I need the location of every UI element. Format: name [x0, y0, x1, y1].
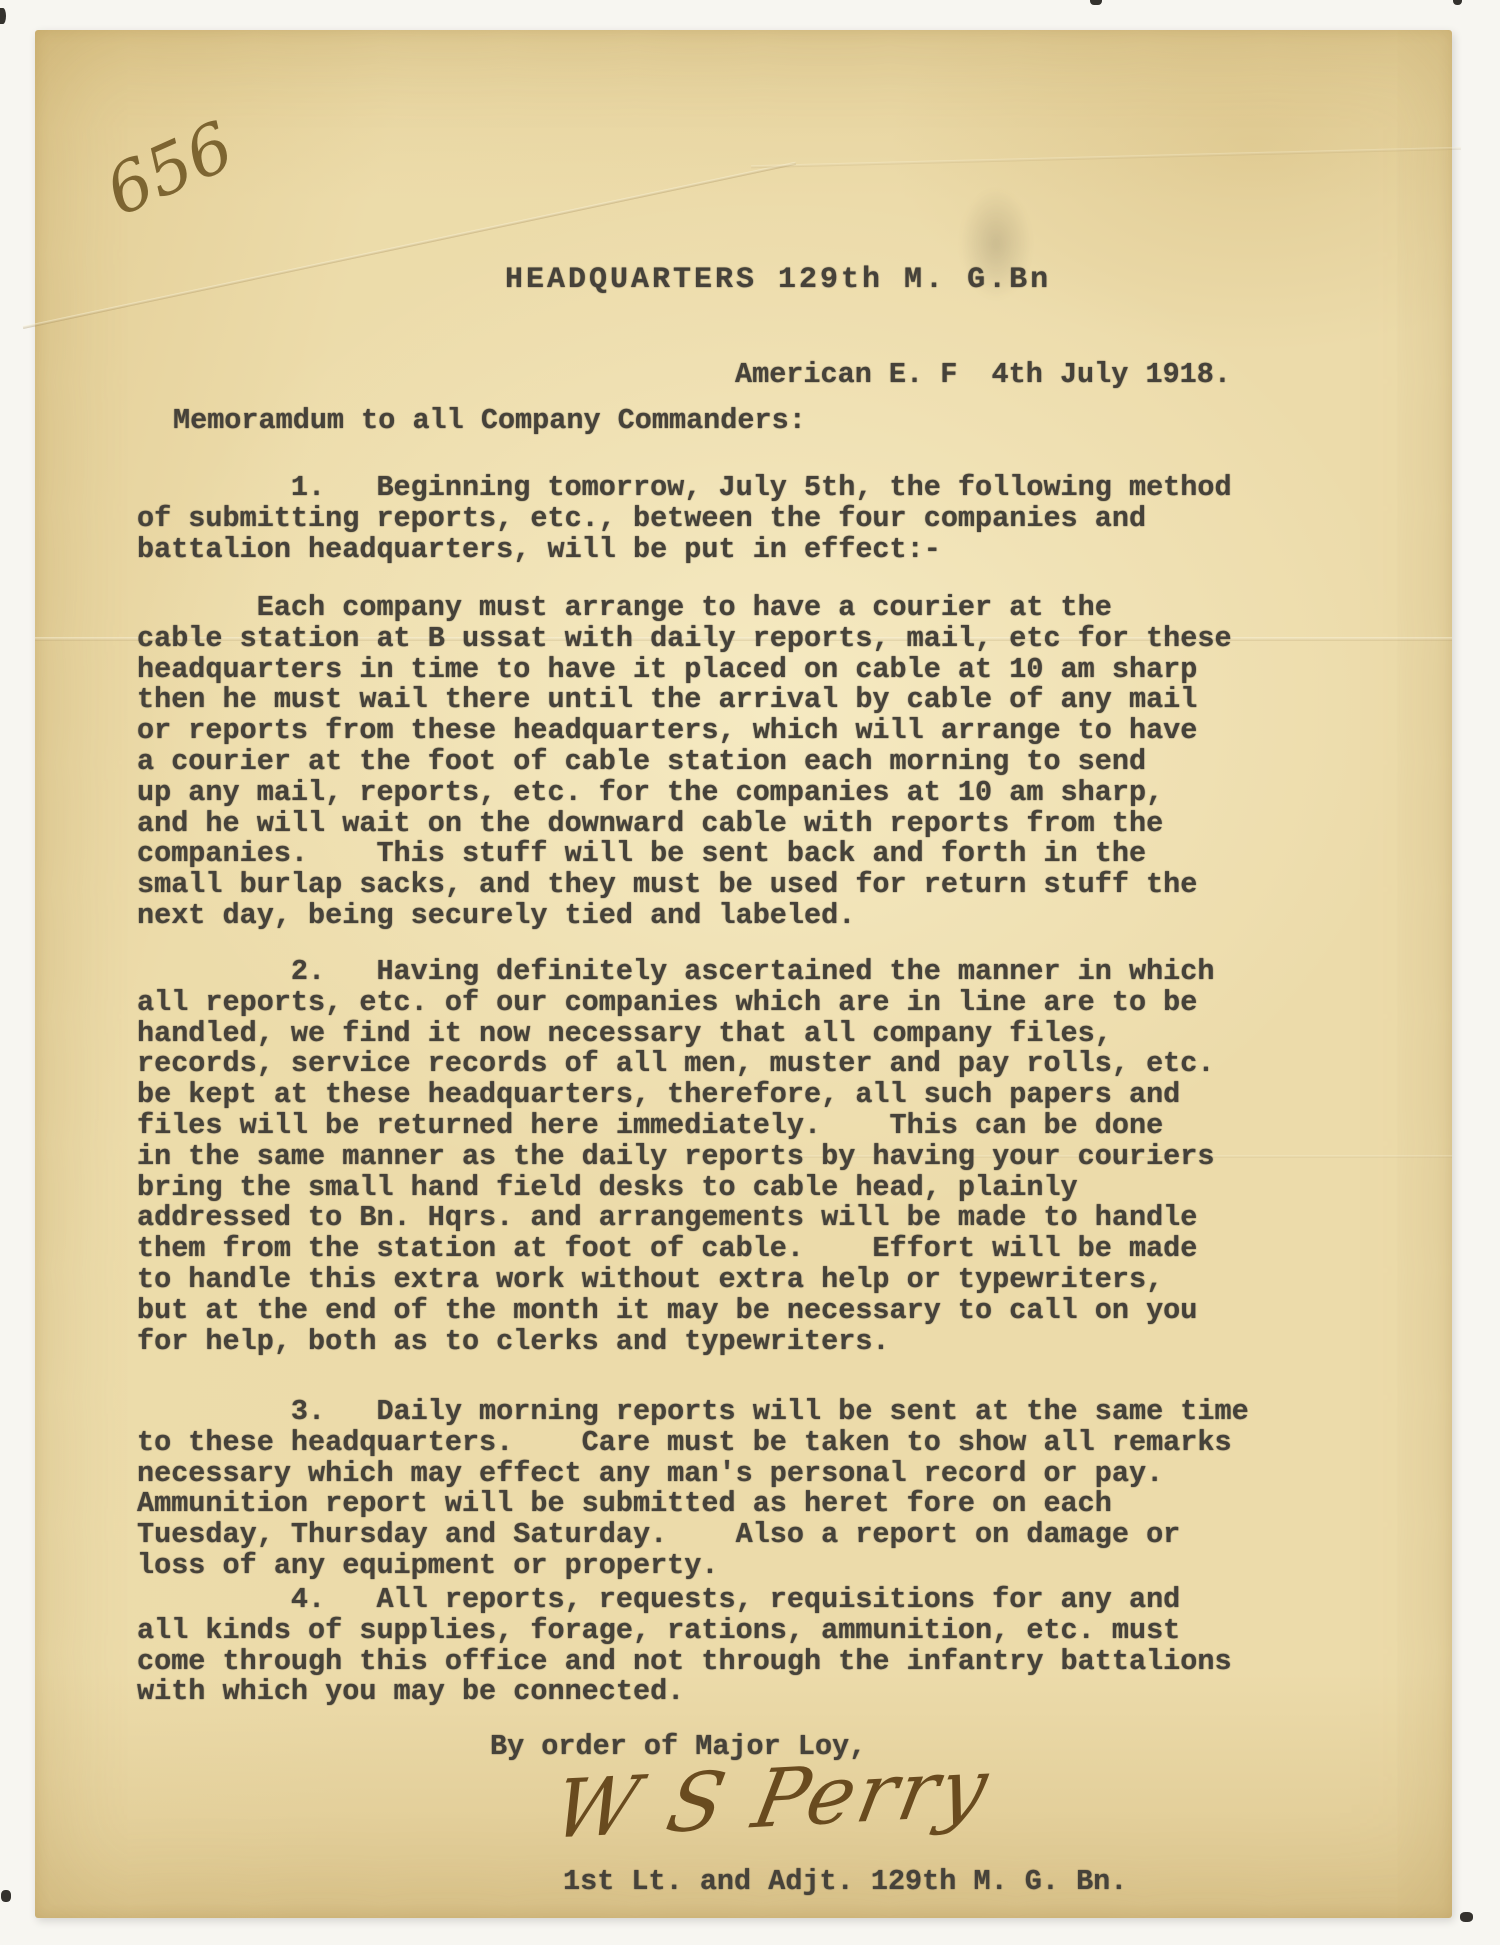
pencil-number: 656 — [95, 107, 246, 232]
paragraph-3-records: 2. Having definitely ascertained the man… — [137, 957, 1214, 1357]
paper-crease — [751, 147, 1461, 169]
letter-paper: 656 HEADQUARTERS 129th M. G.Bn American … — [35, 30, 1452, 1918]
paragraph-5-requisitions: 4. All reports, requests, requisitions f… — [137, 1585, 1232, 1708]
scan-background: 656 HEADQUARTERS 129th M. G.Bn American … — [0, 0, 1500, 1945]
scan-speck — [1460, 1912, 1473, 1922]
scan-speck — [1, 1890, 11, 1902]
letter-heading: HEADQUARTERS 129th M. G.Bn — [505, 263, 1051, 297]
scan-speck — [1090, 0, 1102, 5]
paragraph-2-courier-instructions: Each company must arrange to have a cour… — [137, 593, 1232, 932]
scan-speck — [0, 8, 6, 24]
paragraph-1: 1. Beginning tomorrow, July 5th, the fol… — [137, 473, 1232, 565]
scan-speck — [1453, 0, 1462, 5]
paragraph-4-morning-reports: 3. Daily morning reports will be sent at… — [137, 1397, 1249, 1582]
letter-dateline: American E. F 4th July 1918. — [735, 358, 1231, 391]
salutation-line: Memoramdum to all Company Commanders: — [173, 404, 806, 437]
signer-title-line: 1st Lt. and Adjt. 129th M. G. Bn. — [563, 1865, 1127, 1898]
